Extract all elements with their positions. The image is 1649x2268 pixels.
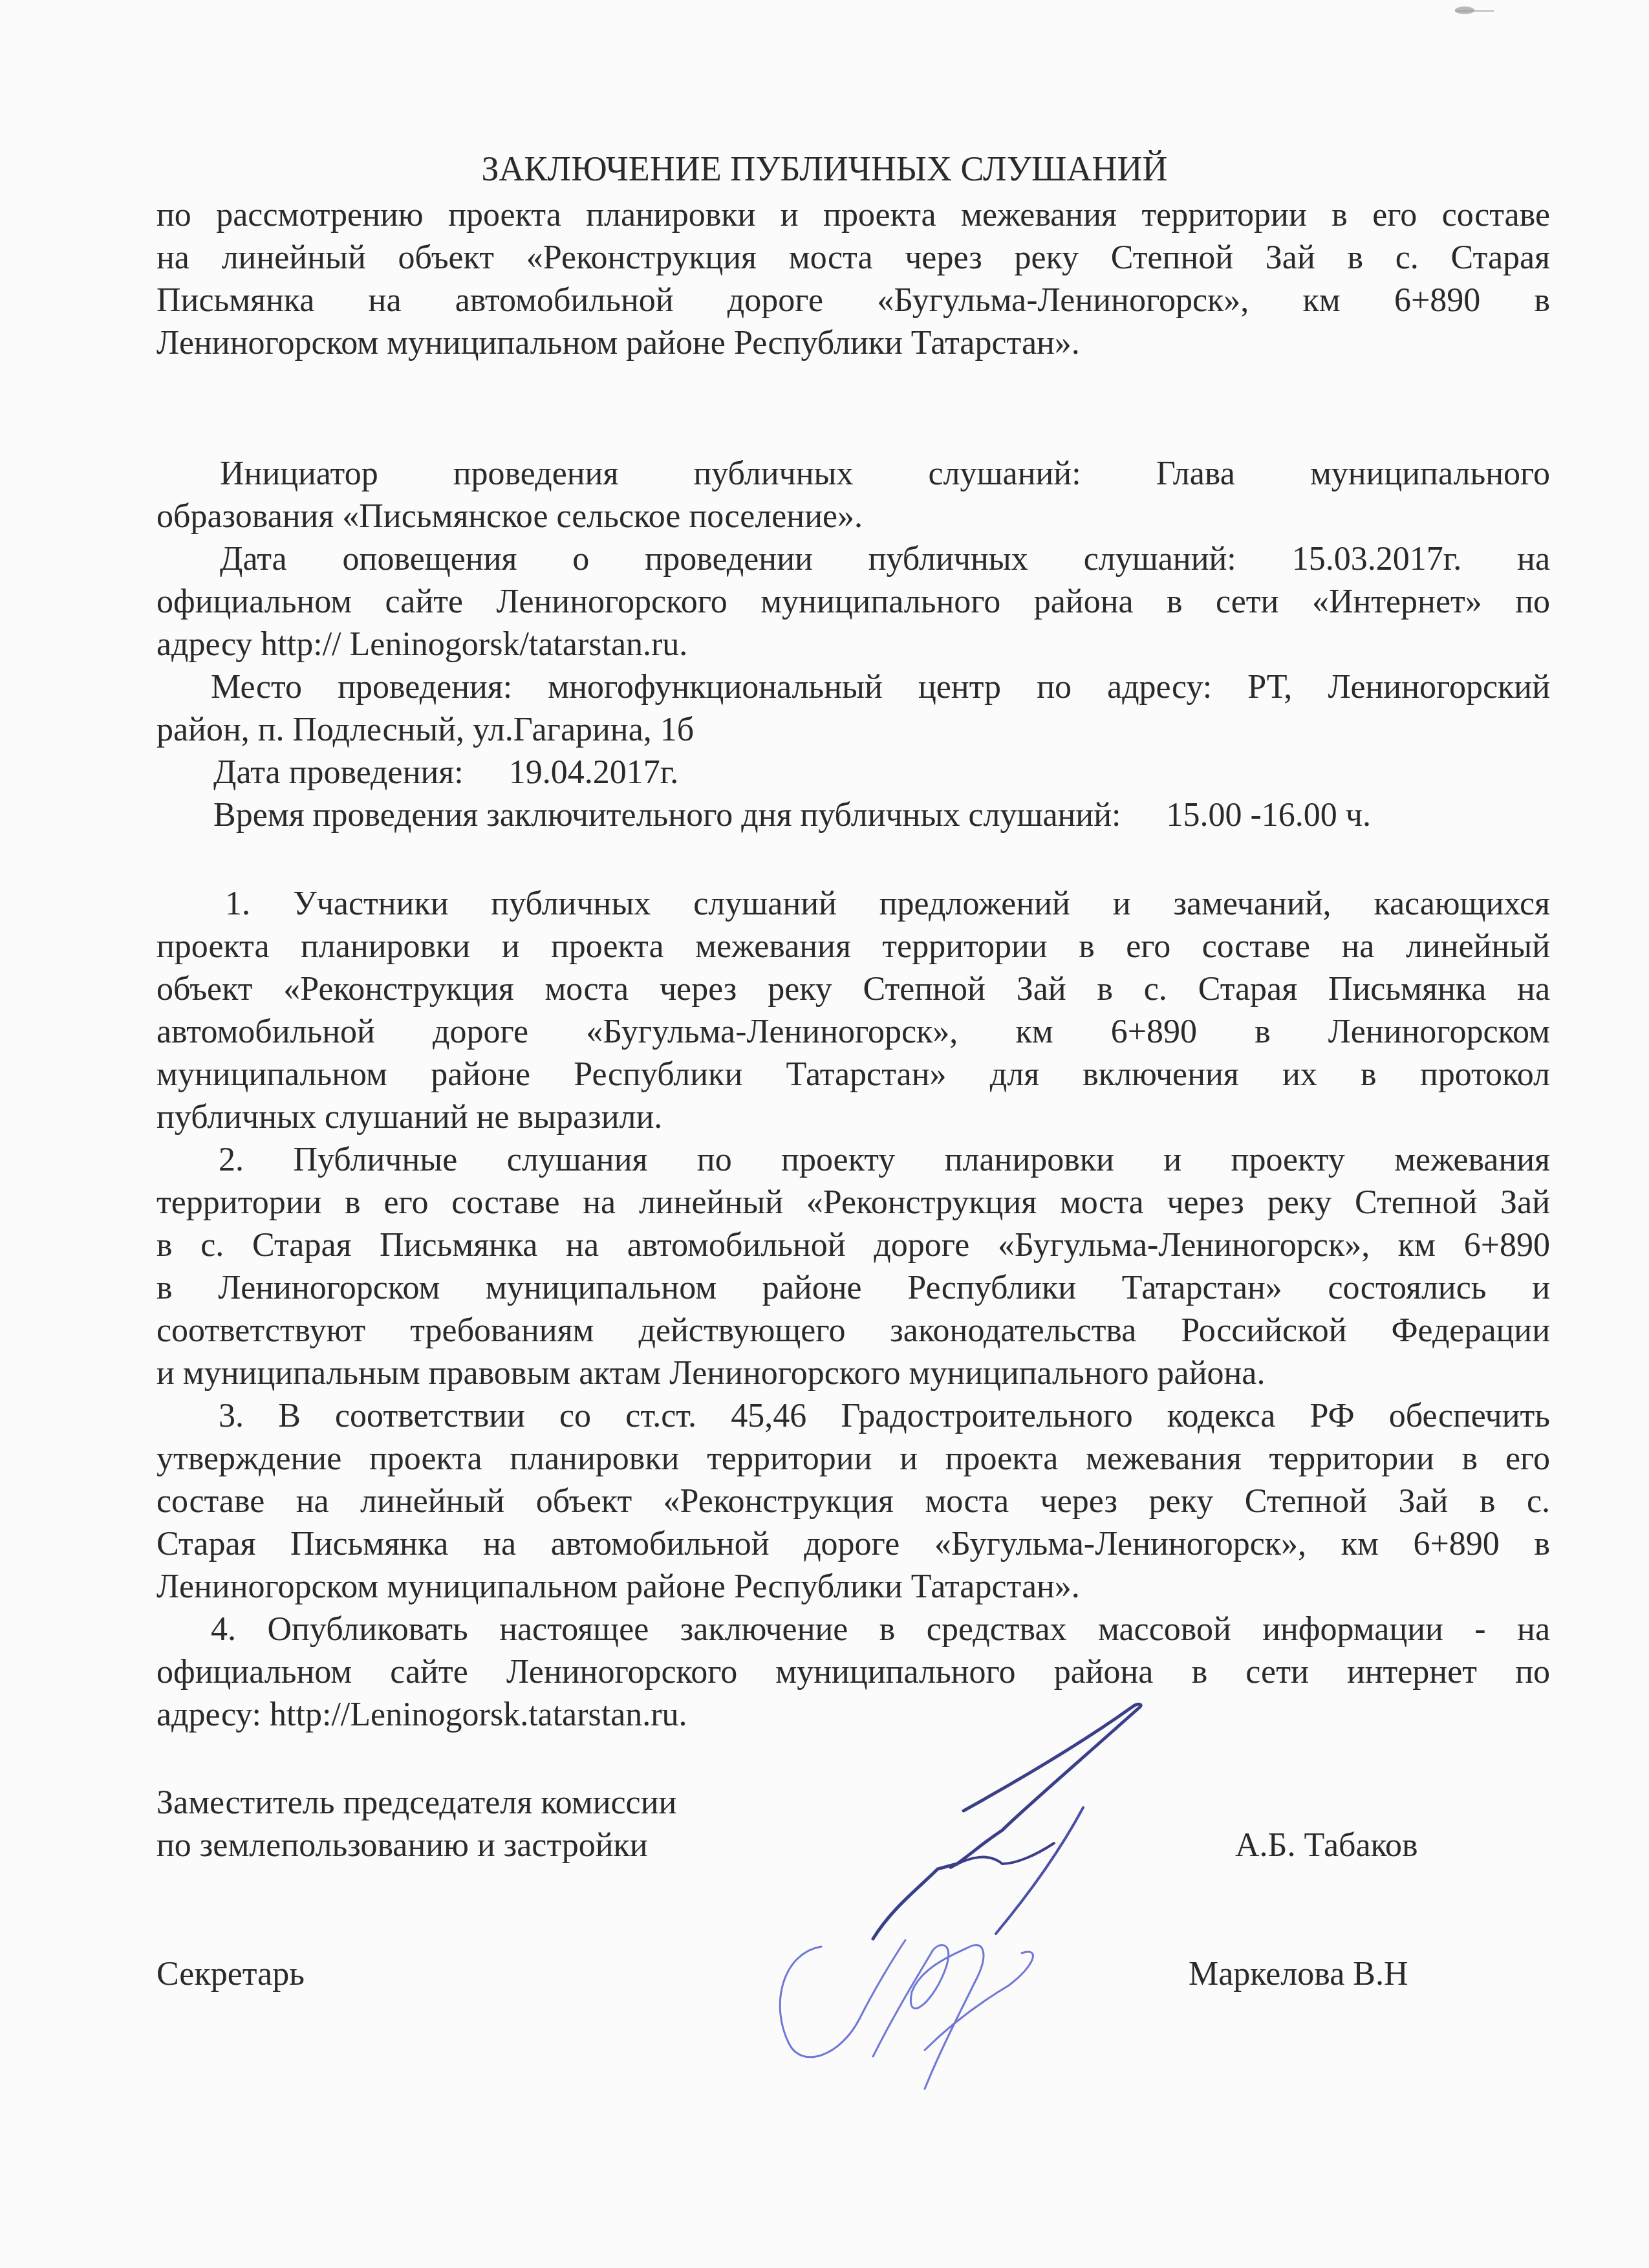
info-block: Инициатор проведения публичных слушаний:… xyxy=(156,453,1550,837)
notice-line: Дата оповещения о проведении публичных с… xyxy=(156,538,1550,581)
deputy-signature-icon xyxy=(854,1694,1190,1966)
item-line: Старая Письмянка на автомобильной дороге… xyxy=(156,1523,1550,1566)
time-value: 15.00 -16.00 ч. xyxy=(1166,794,1370,837)
item-2: 2. Публичные слушания по проекту планиро… xyxy=(156,1139,1550,1395)
subtitle-line: Письмянка на автомобильной дороге «Бугул… xyxy=(156,279,1550,322)
item-1: 1. Участники публичных слушаний предложе… xyxy=(156,883,1550,1139)
item-line: объект «Реконструкция моста через реку С… xyxy=(156,968,1550,1011)
item-line: территории в его составе на линейный «Ре… xyxy=(156,1182,1550,1224)
initiator-line: Инициатор проведения публичных слушаний:… xyxy=(156,453,1550,495)
item-line: 1. Участники публичных слушаний предложе… xyxy=(156,883,1550,925)
date-value: 19.04.2017г. xyxy=(509,751,678,794)
item-line: 4. Опубликовать настоящее заключение в с… xyxy=(156,1608,1550,1651)
document-title: ЗАКЛЮЧЕНИЕ ПУБЛИЧНЫХ СЛУШАНИЙ xyxy=(0,147,1649,190)
date-label: Дата проведения: xyxy=(213,751,464,794)
item-line: автомобильной дороге «Бугульма-Лениногор… xyxy=(156,1011,1550,1053)
item-line: официальном сайте Лениногорского муницип… xyxy=(156,1651,1550,1694)
date-row: Дата проведения: 19.04.2017г. xyxy=(156,751,1550,794)
item-line: составе на линейный объект «Реконструкци… xyxy=(156,1480,1550,1523)
subtitle-line: Лениногорском муниципальном районе Респу… xyxy=(156,322,1550,365)
item-line: публичных слушаний не выразили. xyxy=(156,1096,1550,1139)
item-line: 3. В соответствии со ст.ст. 45,46 Градос… xyxy=(156,1395,1550,1438)
time-label: Время проведения заключительного дня пуб… xyxy=(213,794,1121,837)
place-line: район, п. Подлесный, ул.Гагарина, 1б xyxy=(156,709,1550,751)
item-3: 3. В соответствии со ст.ст. 45,46 Градос… xyxy=(156,1395,1550,1608)
item-line: утверждение проекта планировки территори… xyxy=(156,1438,1550,1480)
deputy-name: А.Б. Табаков xyxy=(1235,1824,1418,1867)
item-line: Лениногорском муниципальном районе Респу… xyxy=(156,1566,1550,1608)
secretary-signature-icon xyxy=(763,1927,1073,2095)
items-block: 1. Участники публичных слушаний предложе… xyxy=(156,883,1550,1736)
initiator-line: образования «Письмянское сельское поселе… xyxy=(156,495,1550,538)
item-line: и муниципальным правовым актам Лениногор… xyxy=(156,1352,1550,1395)
place-line: Место проведения: многофункциональный це… xyxy=(156,666,1550,709)
item-line: соответствуют требованиям действующего з… xyxy=(156,1310,1550,1352)
item-line: 2. Публичные слушания по проекту планиро… xyxy=(156,1139,1550,1182)
item-line: муниципальном районе Республики Татарста… xyxy=(156,1053,1550,1096)
item-line: в Лениногорском муниципальном районе Рес… xyxy=(156,1267,1550,1310)
secretary-name: Маркелова В.Н xyxy=(1189,1953,1408,1996)
subtitle-line: по рассмотрению проекта планировки и про… xyxy=(156,194,1550,237)
secretary-title: Секретарь xyxy=(156,1953,305,1996)
notice-line: адресу http:// Leninogorsk/tatarstan.ru. xyxy=(156,623,1550,666)
subtitle-block: по рассмотрению проекта планировки и про… xyxy=(156,194,1550,365)
deputy-title-line1: Заместитель председателя комиссии xyxy=(156,1782,676,1824)
item-line: проекта планировки и проекта межевания т… xyxy=(156,925,1550,968)
time-row: Время проведения заключительного дня пуб… xyxy=(156,794,1550,837)
scan-artifact xyxy=(1455,10,1494,18)
deputy-title-line2: по землепользованию и застройки xyxy=(156,1824,648,1867)
subtitle-line: на линейный объект «Реконструкция моста … xyxy=(156,237,1550,279)
item-line: в с. Старая Письмянка на автомобильной д… xyxy=(156,1224,1550,1267)
notice-line: официальном сайте Лениногорского муницип… xyxy=(156,581,1550,623)
